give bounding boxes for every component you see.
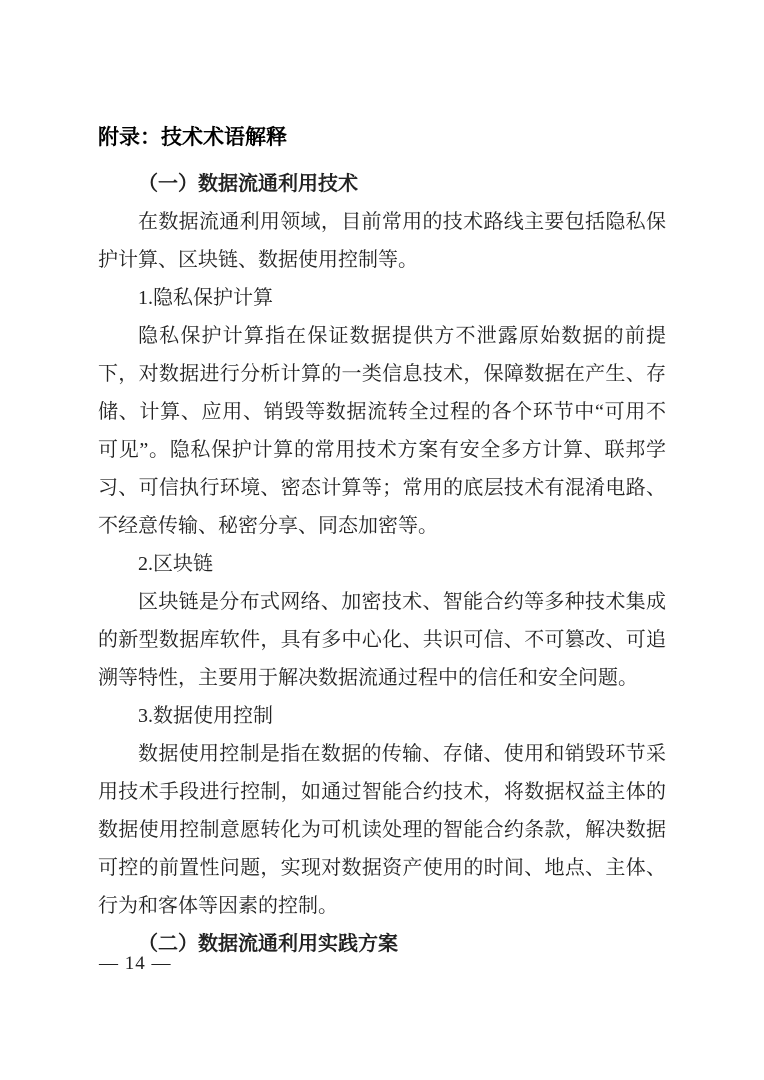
page-number: — 14 — bbox=[99, 950, 172, 978]
paragraph-data-usage-control: 数据使用控制是指在数据的传输、存储、使用和销毁环节采用技术手段进行控制，如通过智… bbox=[98, 735, 666, 925]
appendix-title: 附录：技术术语解释 bbox=[98, 124, 666, 152]
document-page: 附录：技术术语解释 （一）数据流通利用技术 在数据流通利用领域，目前常用的技术路… bbox=[0, 0, 764, 1080]
subheading-privacy-computing: 1.隐私保护计算 bbox=[98, 279, 666, 317]
section-2-heading: （二）数据流通利用实践方案 bbox=[98, 925, 666, 963]
subheading-blockchain: 2.区块链 bbox=[98, 545, 666, 583]
document-content: 附录：技术术语解释 （一）数据流通利用技术 在数据流通利用领域，目前常用的技术路… bbox=[98, 124, 666, 963]
paragraph-intro: 在数据流通利用领域，目前常用的技术路线主要包括隐私保护计算、区块链、数据使用控制… bbox=[98, 203, 666, 279]
subheading-data-usage-control: 3.数据使用控制 bbox=[98, 697, 666, 735]
paragraph-privacy-computing: 隐私保护计算指在保证数据提供方不泄露原始数据的前提下，对数据进行分析计算的一类信… bbox=[98, 317, 666, 545]
section-1-heading: （一）数据流通利用技术 bbox=[98, 165, 666, 203]
paragraph-blockchain: 区块链是分布式网络、加密技术、智能合约等多种技术集成的新型数据库软件，具有多中心… bbox=[98, 583, 666, 697]
